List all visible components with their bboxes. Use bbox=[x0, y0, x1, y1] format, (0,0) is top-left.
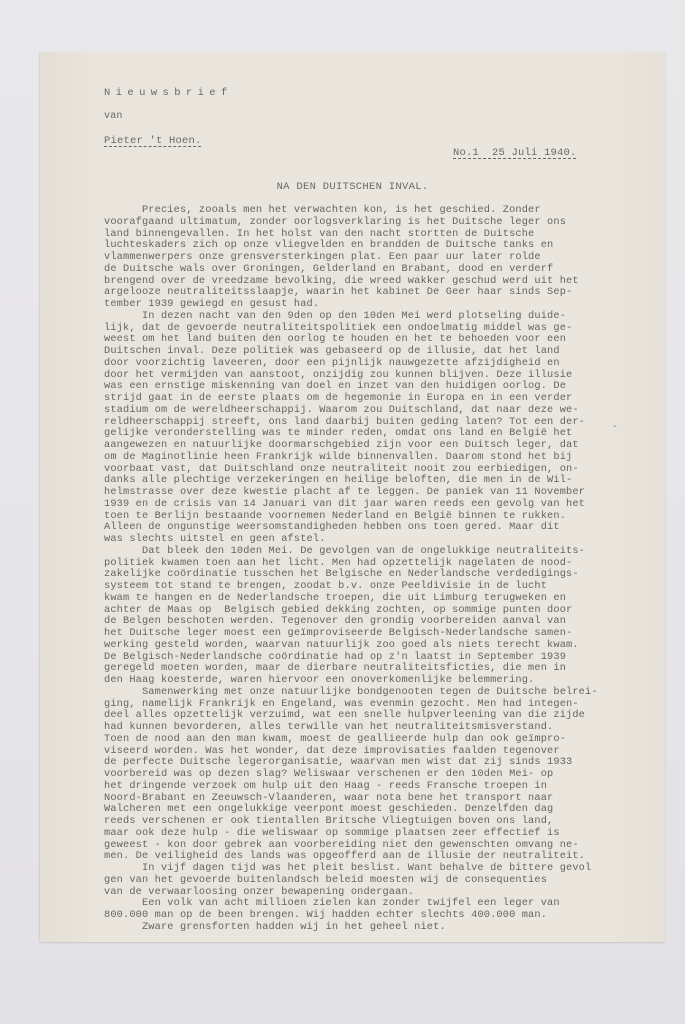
article-line: systeem tot stand te brengen, zoodat b.v… bbox=[104, 581, 598, 593]
article-line: om de Maginotlinie heen Frankrijk wilde … bbox=[104, 452, 598, 464]
newsletter-issue-date: No.1 25 Juli 1940. bbox=[453, 147, 577, 159]
article-line: het Duitsche leger moest een geïmprovise… bbox=[104, 628, 598, 640]
newsletter-author: Pieter 't Hoen. bbox=[104, 135, 202, 147]
article-line: was slechts uitstel en geen afstel. bbox=[104, 534, 598, 546]
article-line: voorbereid was op dezen slag? Weliswaar … bbox=[104, 769, 598, 781]
article-line: voorafgaand ultimatum, zonder oorlogsver… bbox=[104, 217, 598, 229]
article-line: had kunnen bevorderen, alles terwille va… bbox=[104, 722, 598, 734]
article-line: maar ook deze hulp - die weliswaar op so… bbox=[104, 828, 598, 840]
article-line: strijd gaat in de eerste plaats om de he… bbox=[104, 393, 598, 405]
article-line: tember 1939 gewiegd en gesust had. bbox=[104, 299, 598, 311]
article-heading: NA DEN DUITSCHEN INVAL. bbox=[40, 181, 665, 193]
article-line: kwam te hangen en de Nederlandsche troep… bbox=[104, 593, 598, 605]
newsletter-title: Nieuwsbrief bbox=[104, 87, 233, 99]
article-line: het dringende verzoek om hulp uit den Ha… bbox=[104, 781, 598, 793]
margin-mark: - bbox=[612, 422, 618, 433]
article-line: door voorzichtig laveeren, door een pijn… bbox=[104, 358, 598, 370]
article-line: den Haag koesterde, waren hiervoor een o… bbox=[104, 675, 598, 687]
article-line: helmstrasse over deze kwestie placht af … bbox=[104, 487, 598, 499]
article-line: Zware grensforten hadden wij in het gehe… bbox=[104, 922, 598, 934]
article-line: vlammenwerpers onze grensversterkingen p… bbox=[104, 252, 598, 264]
article-line: Samenwerking met onze natuurlijke bondge… bbox=[104, 687, 598, 699]
article-line: Precies, zooals men het verwachten kon, … bbox=[104, 205, 598, 217]
article-line: stadium om de wereldheerschappij. Waarom… bbox=[104, 405, 598, 417]
article-line: gen van het gevoerde buitenlandsch belei… bbox=[104, 875, 598, 887]
article-line: Toen de nood aan den man kwam, moest de … bbox=[104, 734, 598, 746]
article-line: Duitschen inval. Deze politiek was gebas… bbox=[104, 346, 598, 358]
newsletter-van: van bbox=[104, 111, 123, 123]
article-line: Dat bleek den 10den Mei. De gevolgen van… bbox=[104, 546, 598, 558]
article-line: de Duitsche wals over Groningen, Gelderl… bbox=[104, 264, 598, 276]
article-line: 1939 en de crisis van 14 Januari van dit… bbox=[104, 499, 598, 511]
article-body: Precies, zooals men het verwachten kon, … bbox=[104, 205, 598, 934]
newsletter-page: Nieuwsbrief van Pieter 't Hoen. No.1 25 … bbox=[40, 52, 665, 942]
article-line: In vijf dagen tijd was het pleit beslist… bbox=[104, 863, 598, 875]
article-line: reeds verschenen er ook tientallen Brits… bbox=[104, 816, 598, 828]
article-line: 800.000 man op de been brengen. Wij hadd… bbox=[104, 910, 598, 922]
article-line: In dezen nacht van den 9den op den 10den… bbox=[104, 311, 598, 323]
article-line: aangewezen en natuurlijke doormarschgebi… bbox=[104, 440, 598, 452]
article-line: werking gesteld worden, waarvan natuurli… bbox=[104, 640, 598, 652]
